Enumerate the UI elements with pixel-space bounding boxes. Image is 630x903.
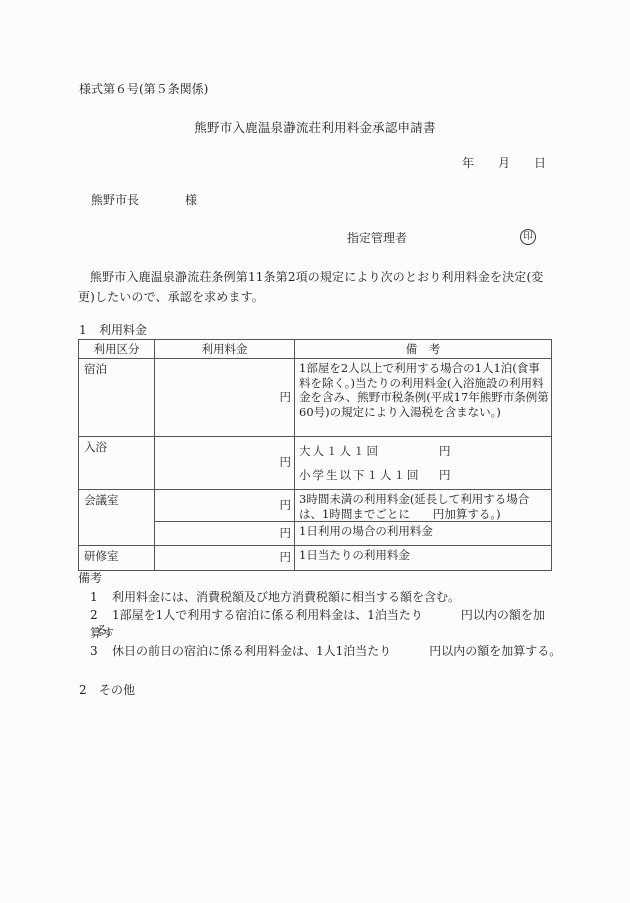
document-title: 熊野市入鹿温泉瀞流荘利用料金承認申請書	[0, 122, 630, 135]
note-continuation: る。	[96, 624, 120, 636]
header-category: 利用区分	[79, 340, 155, 359]
notes-heading: 備考	[78, 572, 102, 584]
section-number: 1	[79, 324, 99, 336]
addressee-name: 熊野市長	[91, 193, 139, 207]
fee-cell: 円	[155, 359, 295, 437]
fee-table: 利用区分 利用料金 備 考 宿泊 円 1部屋を2人以上で利用する場合の1人1泊(…	[78, 339, 552, 571]
bath-child-line: 小学生以下１人１回 円	[299, 463, 549, 487]
body-paragraph: 熊野市入鹿温泉瀞流荘条例第11条第2項の規定により次のとおり利用料金を決定(変更…	[78, 268, 554, 307]
date-day-label: 日	[534, 157, 546, 169]
note-text: 利用料金には、消費税額及び地方消費税額に相当する額を含む。	[112, 590, 460, 604]
form-number: 様式第６号(第５条関係)	[79, 83, 208, 95]
header-fee: 利用料金	[155, 340, 295, 359]
remarks-cell: 3時間未満の利用料金(延長して利用する場合は、1時間までごとに 円加算する。)	[295, 490, 552, 522]
date-month-label: 月	[498, 157, 534, 169]
table-row: 研修室 円 1日当たりの利用料金	[79, 546, 552, 571]
remarks-cell: 1日当たりの利用料金	[295, 546, 552, 571]
note-text: 円以内の額を加算する。	[429, 644, 561, 658]
fee-cell: 円	[155, 490, 295, 522]
note-number: 2	[90, 606, 112, 624]
section-2-heading: 2その他	[79, 684, 135, 696]
note-number: 1	[90, 588, 112, 606]
fee-cell: 円	[155, 437, 295, 490]
bath-child-label: 小学生以下１人１回	[299, 468, 439, 483]
fee-cell: 円	[155, 546, 295, 571]
table-row: 入浴 円 大人１人１回 円 小学生以下１人１回 円	[79, 437, 552, 490]
remarks-cell: 1部屋を2人以上で利用する場合の1人1泊(食事料を除く。)当たりの利用料金(入浴…	[295, 359, 552, 437]
remarks-cell: 1日利用の場合の利用料金	[295, 522, 552, 546]
section-title: その他	[99, 683, 135, 697]
bath-adult-unit: 円	[439, 444, 451, 459]
section-number: 2	[79, 684, 99, 696]
section-1-heading: 1利用料金	[79, 324, 147, 336]
note-text: 1部屋を1人で利用する宿泊に係る利用料金は、1泊当たり	[112, 608, 423, 622]
table-header-row: 利用区分 利用料金 備 考	[79, 340, 552, 359]
table-row: 宿泊 円 1部屋を2人以上で利用する場合の1人1泊(食事料を除く。)当たりの利用…	[79, 359, 552, 437]
applicant-label: 指定管理者	[347, 232, 407, 244]
addressee-honorific: 様	[185, 193, 197, 207]
category-cell: 研修室	[79, 546, 155, 571]
note-text: 休日の前日の宿泊に係る利用料金は、1人1泊当たり	[112, 644, 391, 658]
note-item: 21部屋を1人で利用する宿泊に係る利用料金は、1泊当たり円以内の額を加算す	[90, 606, 556, 642]
category-cell: 入浴	[79, 437, 155, 490]
category-cell: 会議室	[79, 490, 155, 546]
bath-adult-line: 大人１人１回 円	[299, 439, 549, 463]
date-line: 年月日	[462, 157, 546, 169]
bath-child-unit: 円	[439, 468, 451, 483]
category-cell: 宿泊	[79, 359, 155, 437]
date-year-label: 年	[462, 157, 498, 169]
section-title: 利用料金	[99, 323, 147, 337]
table-row: 会議室 円 3時間未満の利用料金(延長して利用する場合は、1時間までごとに 円加…	[79, 490, 552, 522]
seal-icon: 印	[520, 229, 536, 245]
note-number: 3	[90, 642, 112, 660]
note-item: 1利用料金には、消費税額及び地方消費税額に相当する額を含む。	[90, 588, 460, 606]
note-item: 3休日の前日の宿泊に係る利用料金は、1人1泊当たり円以内の額を加算する。	[90, 642, 561, 660]
bath-adult-label: 大人１人１回	[299, 444, 439, 459]
remarks-cell: 大人１人１回 円 小学生以下１人１回 円	[295, 437, 552, 490]
fee-cell: 円	[155, 522, 295, 546]
header-remarks: 備 考	[295, 340, 552, 359]
addressee: 熊野市長様	[91, 194, 197, 206]
